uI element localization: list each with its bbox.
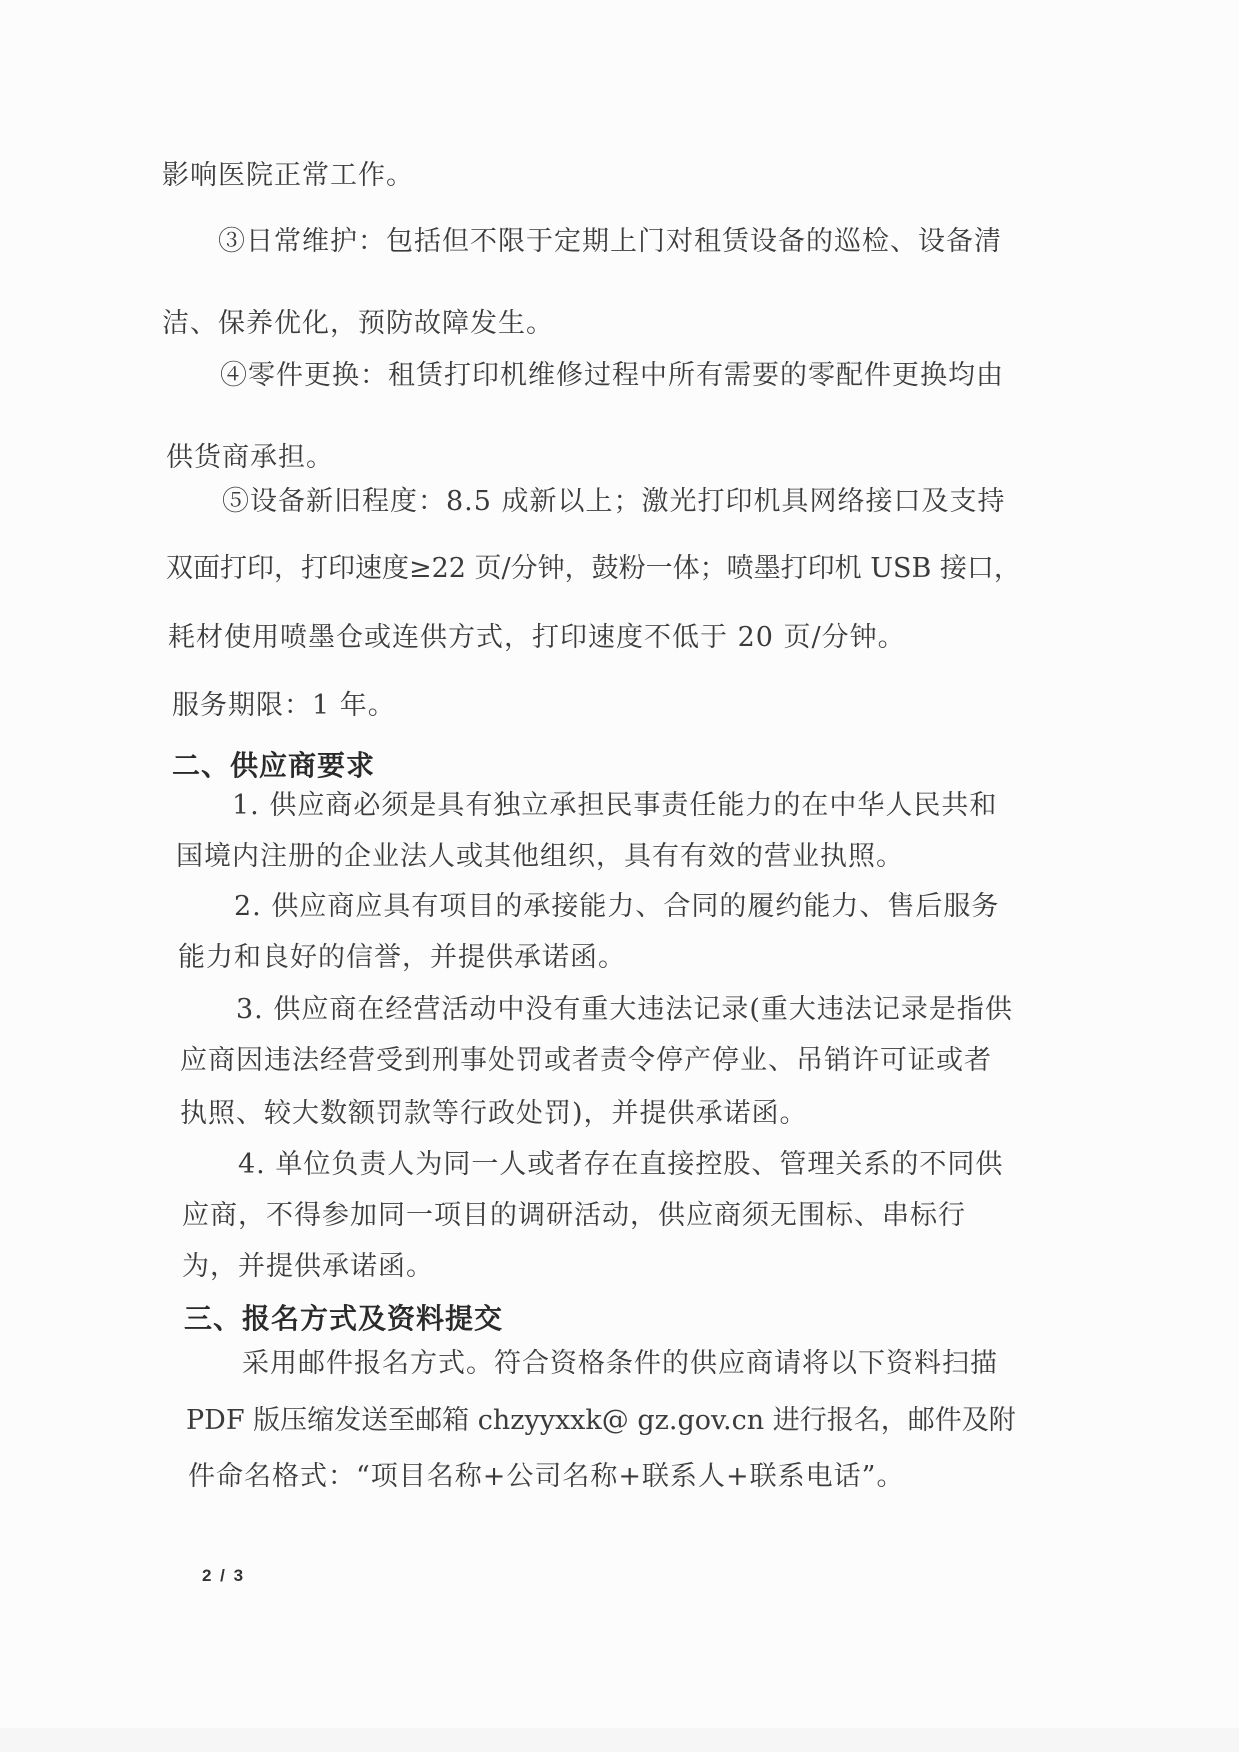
paragraph-line: 耗材使用喷墨仓或连供方式，打印速度不低于 20 页/分钟。 [168, 622, 906, 654]
requirement-line: 能力和良好的信誉，并提供承诺函。 [178, 942, 626, 974]
registration-email-line: PDF 版压缩发送至邮箱 chzyyxxk@ gz.gov.cn 进行报名，邮件… [186, 1405, 1016, 1437]
section-heading-supplier-requirements: 二、供应商要求 [172, 750, 375, 782]
paragraph-line: ⑤设备新旧程度：8.5 成新以上；激光打印机具网络接口及支持 [222, 486, 1006, 518]
requirement-line: 2. 供应商应具有项目的承接能力、合同的履约能力、售后服务 [234, 891, 999, 923]
page-bottom-edge [0, 1728, 1239, 1752]
requirement-line: 3. 供应商在经营活动中没有重大违法记录(重大违法记录是指供 [236, 994, 1013, 1026]
page-number: 2 / 3 [202, 1566, 245, 1586]
requirement-line: 1. 供应商必须是具有独立承担民事责任能力的在中华人民共和 [232, 790, 997, 822]
registration-line: 件命名格式：“项目名称+公司名称+联系人+联系电话”。 [188, 1461, 904, 1493]
requirement-line: 国境内注册的企业法人或其他组织，具有有效的营业执照。 [176, 841, 904, 873]
registration-line: 采用邮件报名方式。符合资格条件的供应商请将以下资料扫描 [242, 1348, 998, 1380]
paragraph-line: 供货商承担。 [166, 442, 334, 474]
paragraph-line: 双面打印，打印速度≥22 页/分钟，鼓粉一体；喷墨打印机 USB 接口， [166, 553, 1021, 585]
requirement-line: 执照、较大数额罚款等行政处罚)，并提供承诺函。 [180, 1098, 808, 1130]
requirement-line: 为，并提供承诺函。 [182, 1251, 434, 1283]
requirement-line: 4. 单位负责人为同一人或者存在直接控股、管理关系的不同供 [238, 1149, 1003, 1181]
requirement-line: 应商因违法经营受到刑事处罚或者责令停产停业、吊销许可证或者 [180, 1045, 992, 1077]
document-page: 影响医院正常工作。 ③日常维护：包括但不限于定期上门对租赁设备的巡检、设备清 洁… [0, 0, 1239, 1752]
paragraph-line: ④零件更换：租赁打印机维修过程中所有需要的零配件更换均由 [220, 360, 1004, 392]
requirement-line: 应商，不得参加同一项目的调研活动，供应商须无围标、串标行 [182, 1200, 966, 1232]
section-heading-registration: 三、报名方式及资料提交 [184, 1303, 503, 1335]
paragraph-line: 洁、保养优化，预防故障发生。 [162, 308, 554, 340]
paragraph-line: ③日常维护：包括但不限于定期上门对租赁设备的巡检、设备清 [218, 226, 1002, 258]
paragraph-line: 影响医院正常工作。 [162, 160, 414, 192]
service-period: 服务期限：1 年。 [172, 690, 396, 722]
